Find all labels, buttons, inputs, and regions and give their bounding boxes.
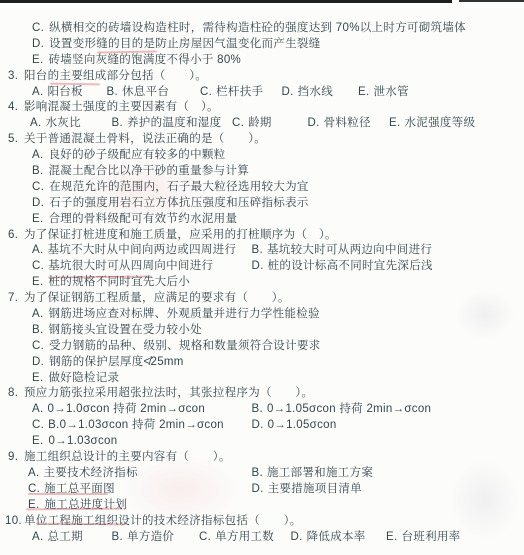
option-text: 泄水管 <box>373 86 408 98</box>
option: B.养护的温度和湿度 <box>112 116 229 132</box>
option: B.基坑较大时可从两边向中间进行 <box>252 243 433 259</box>
option: B.施工部署和施工方案 <box>252 466 374 482</box>
question-number: 3. <box>8 69 24 85</box>
option-line: E.0→1.03σcon <box>0 434 524 450</box>
option-text: 纵横相交的砖墙设构造柱时，需待构造柱砼的强度达到 70%以上时方可砌筑墙体 <box>49 22 466 34</box>
option-label: D. <box>252 419 264 431</box>
option-text: 良好的砂子级配应有较多的中颗粒 <box>48 149 225 161</box>
option-label: C. <box>32 419 44 431</box>
option-text: 0→1.03σcon <box>48 435 117 447</box>
option-label: B. <box>252 244 263 256</box>
option: E.水泥强度等级 <box>389 116 475 132</box>
option-line: C.受力钢筋的品种、级别、规格和数量须符合设计要求 <box>0 339 524 355</box>
option-line: A.钢筋进场应查对标牌、外观质量并进行力学性能检验 <box>0 307 524 323</box>
option-text: 主要措施项目清单 <box>268 483 362 495</box>
option-text: 阳台板 <box>47 86 82 98</box>
option-text: 合理的骨料级配可有效节约水泥用量 <box>48 213 237 225</box>
question-number: 4. <box>8 100 24 116</box>
option: C.栏杆扶手 <box>200 85 278 101</box>
option-label: E. <box>386 531 397 543</box>
option-text: 做好隐检记录 <box>48 372 119 384</box>
option-label: C. <box>32 340 44 352</box>
question-3: 3.阳台的主要组成部分包括（ ）。 <box>0 69 524 85</box>
top-rule-left <box>0 0 452 3</box>
option: A.基坑不大时从中间向两边或四周进行 <box>32 243 248 259</box>
option-text: 基坑较大时可从两边向中间进行 <box>267 244 432 256</box>
question-stem: 影响混凝土强度的主要因素有（ ）。 <box>24 101 219 113</box>
option-label: E. <box>389 117 400 129</box>
option-line: C.纵横相交的砖墙设构造柱时，需待构造柱砼的强度达到 70%以上时方可砌筑墙体 <box>0 21 524 37</box>
option-line: D.石子的强度用岩石立方体抗压强度和压碎指标表示 <box>0 196 524 212</box>
option-text: 混凝土配合比以净干砂的重量参与计算 <box>48 165 249 177</box>
question-stem: 为了保证钢筋工程质量，应满足的要求有（ ）。 <box>24 292 290 304</box>
option: D.挡水线 <box>282 85 355 101</box>
option-text: 桩的设计标高不同时宜先深后浅 <box>268 260 433 272</box>
option-label: C. <box>200 86 212 98</box>
question-4: 4.影响混凝土强度的主要因素有（ ）。 <box>0 100 524 116</box>
question-6: 6.为了保证打桩进度和施工质量，应采用的打桩顺序为（ ）。 <box>0 228 524 244</box>
option-label: C. <box>32 22 44 34</box>
option: A.主要技术经济指标 <box>28 466 248 482</box>
option-text: 养护的温度和湿度 <box>127 117 221 129</box>
option-line: E.合理的骨料级配可有效节约水泥用量 <box>0 212 524 228</box>
option-label: A. <box>32 244 43 256</box>
options-row: C.B.0→1.03σcon 持荷 2min→σcon D.0→1.05σcon <box>0 418 524 434</box>
option-label: C. <box>232 117 244 129</box>
option-text: 0→1.05σcon 持荷 2min→σcon <box>267 403 431 415</box>
option: E.泄水管 <box>358 85 409 101</box>
option: D.降低成本率 <box>291 530 383 546</box>
option: D.桩的设计标高不同时宜先深后浅 <box>252 259 433 275</box>
question-list: C.纵横相交的砖墙设构造柱时，需待构造柱砼的强度达到 70%以上时方可砌筑墙体 … <box>0 21 524 545</box>
option-text: 休息平台 <box>122 86 169 98</box>
option-label: E. <box>32 54 43 66</box>
option-label: D. <box>32 38 44 50</box>
option-line: E.桩的规格不同时宜先大后小 <box>0 275 524 291</box>
option-label: E. <box>358 86 369 98</box>
option-text: 龄期 <box>248 117 272 129</box>
question-stem: 为了保证打桩进度和施工质量，应采用的打桩顺序为（ ）。 <box>24 229 337 241</box>
option-text: 砖墙竖向灰缝的饱满度不得小于 80% <box>48 54 241 66</box>
question-number: 8. <box>8 386 24 402</box>
option-label: D. <box>32 356 44 368</box>
option-label: E. <box>32 276 43 288</box>
question-10: 10.单位工程施工组织设计的技术经济指标包括（ ）。 <box>0 514 524 530</box>
option-line: B.钢筋接头宜设置在受力较小处 <box>0 323 524 339</box>
option-line: C.在规范允许的范围内，石子最大粒径选用较大为宜 <box>0 180 524 196</box>
option-text: 在规范允许的范围内，石子最大粒径选用较大为宜 <box>49 181 309 193</box>
option: C.施工总平面图 <box>28 482 248 498</box>
option-text: 施工总进度计划 <box>44 499 127 511</box>
option-text: 受力钢筋的品种、级别、规格和数量须符合设计要求 <box>49 340 320 352</box>
option-label: A. <box>32 531 43 543</box>
option-label: C. <box>32 181 44 193</box>
option-line: A.良好的砂子级配应有较多的中颗粒 <box>0 148 524 164</box>
option-label: E. <box>32 372 43 384</box>
option: E.台班利用率 <box>386 530 460 546</box>
options-row: A.水灰比 B.养护的温度和湿度 C.龄期 D.骨料粒径 E.水泥强度等级 <box>0 116 524 132</box>
option: A.总工期 <box>32 530 108 546</box>
option: C.基坑很大时可从四周向中间进行 <box>32 259 248 275</box>
option-line: D.设置变形缝的目的是防止房屋因气温变化而产生裂缝 <box>0 37 524 53</box>
question-stem: 单位工程施工组织设计的技术经济指标包括（ ）。 <box>24 515 301 527</box>
option-text: 基坑不大时从中间向两边或四周进行 <box>47 244 236 256</box>
question-5: 5.关于普通混凝土骨料，说法正确的是（ ）。 <box>0 132 524 148</box>
question-7: 7.为了保证钢筋工程质量，应满足的要求有（ ）。 <box>0 291 524 307</box>
option: B.单方造价 <box>112 530 196 546</box>
option-text: 施工总平面图 <box>44 483 115 495</box>
option-label: B. <box>107 86 118 98</box>
option-text: 钢筋接头宜设置在受力较小处 <box>48 324 201 336</box>
option: D.主要措施项目清单 <box>252 482 363 498</box>
option-label: E. <box>32 435 43 447</box>
option: A.阳台板 <box>32 85 103 101</box>
option: B.0→1.05σcon 持荷 2min→σcon <box>252 402 432 418</box>
top-rule-right <box>459 0 524 2</box>
option: C.龄期 <box>232 116 304 132</box>
option-line: E.施工总进度计划 <box>0 498 524 514</box>
option-text: 设置变形缝的目的是防止房屋因气温变化而产生裂缝 <box>49 38 320 50</box>
option-text: 施工部署和施工方案 <box>267 467 373 479</box>
option-label: A. <box>32 86 43 98</box>
option-text: 水泥强度等级 <box>404 117 475 129</box>
option: D.骨料粒径 <box>308 116 386 132</box>
option-label: E. <box>28 499 39 511</box>
option-label: D. <box>32 197 44 209</box>
option-text: 0→1.0σcon 持荷 2min→σcon <box>47 403 205 415</box>
question-number: 6. <box>8 228 24 244</box>
question-stem: 关于普通混凝土骨料，说法正确的是（ ）。 <box>24 133 266 145</box>
option-line: E.做好隐检记录 <box>0 371 524 387</box>
option-text: 台班利用率 <box>401 531 460 543</box>
option-text: 降低成本率 <box>307 531 366 543</box>
option-text: 总工期 <box>47 531 82 543</box>
option-text: 钢筋进场应查对标牌、外观质量并进行力学性能检验 <box>48 308 319 320</box>
option-label: B. <box>32 324 43 336</box>
option-label: A. <box>32 149 43 161</box>
option-text: 主要技术经济指标 <box>43 467 137 479</box>
question-stem: 施工组织总设计的主要内容有（ ）。 <box>24 451 231 463</box>
option-text: 栏杆扶手 <box>216 86 263 98</box>
option-label: B. <box>32 165 43 177</box>
option-text: 桩的规格不同时宜先大后小 <box>48 276 190 288</box>
options-row: A.阳台板 B.休息平台 C.栏杆扶手 D.挡水线 E.泄水管 <box>0 85 524 101</box>
option-text: 水灰比 <box>45 117 80 129</box>
option-text: 钢筋的保护层厚度≮25mm <box>49 356 184 368</box>
option: C.单方用工数 <box>199 530 287 546</box>
question-number: 10. <box>5 514 24 530</box>
options-row: C.基坑很大时可从四周向中间进行 D.桩的设计标高不同时宜先深后浅 <box>0 259 524 275</box>
option-label: D. <box>291 531 303 543</box>
option-line: B.混凝土配合比以净干砂的重量参与计算 <box>0 164 524 180</box>
question-number: 9. <box>8 450 24 466</box>
option-label: C. <box>199 531 211 543</box>
option-text: 单方造价 <box>127 531 174 543</box>
option-label: E. <box>32 213 43 225</box>
option-label: A. <box>28 467 39 479</box>
option-text: B.0→1.03σcon 持荷 2min→σcon <box>48 419 224 431</box>
option-label: D. <box>308 117 320 129</box>
option-text: 骨料粒径 <box>324 117 371 129</box>
options-row: A.总工期 B.单方造价 C.单方用工数 D.降低成本率 E.台班利用率 <box>0 530 524 546</box>
question-number: 5. <box>8 132 24 148</box>
option-label: D. <box>252 483 264 495</box>
option-label: D. <box>282 86 294 98</box>
option-label: D. <box>252 260 264 272</box>
option-text: 单方用工数 <box>215 531 274 543</box>
question-stem: 阳台的主要组成部分包括（ ）。 <box>24 70 207 82</box>
question-8: 8.预应力筋张拉采用超张拉法时，其张拉程序为（ ）。 <box>0 386 524 402</box>
question-stem: 预应力筋张拉采用超张拉法时，其张拉程序为（ ）。 <box>24 387 313 399</box>
options-row: C.施工总平面图 D.主要措施项目清单 <box>0 482 524 498</box>
option-label: B. <box>252 467 263 479</box>
option-line: D.钢筋的保护层厚度≮25mm <box>0 355 524 371</box>
options-row: A.0→1.0σcon 持荷 2min→σcon B.0→1.05σcon 持荷… <box>0 402 524 418</box>
options-row: A.基坑不大时从中间向两边或四周进行 B.基坑较大时可从两边向中间进行 <box>0 243 524 259</box>
option-line: E.砖墙竖向灰缝的饱满度不得小于 80% <box>0 53 524 69</box>
option: C.B.0→1.03σcon 持荷 2min→σcon <box>32 418 248 434</box>
option-label: A. <box>32 308 43 320</box>
option: D.0→1.05σcon <box>252 418 337 434</box>
option: A.水灰比 <box>30 116 108 132</box>
option-label: C. <box>32 260 44 272</box>
option-label: A. <box>32 403 43 415</box>
option-text: 基坑很大时可从四周向中间进行 <box>48 260 213 272</box>
question-9: 9.施工组织总设计的主要内容有（ ）。 <box>0 450 524 466</box>
question-number: 7. <box>8 291 24 307</box>
option-label: B. <box>112 531 123 543</box>
option-label: C. <box>28 483 40 495</box>
options-row: A.主要技术经济指标 B.施工部署和施工方案 <box>0 466 524 482</box>
option: A.0→1.0σcon 持荷 2min→σcon <box>32 402 248 418</box>
option-label: B. <box>252 403 263 415</box>
option-text: 0→1.05σcon <box>268 419 337 431</box>
option-label: A. <box>30 117 41 129</box>
option-label: B. <box>112 117 123 129</box>
option: B.休息平台 <box>107 85 197 101</box>
option-text: 挡水线 <box>298 86 333 98</box>
scanned-exam-page: C.纵横相交的砖墙设构造柱时，需待构造柱砼的强度达到 70%以上时方可砌筑墙体 … <box>0 0 524 555</box>
option-text: 石子的强度用岩石立方体抗压强度和压碎指标表示 <box>49 197 309 209</box>
